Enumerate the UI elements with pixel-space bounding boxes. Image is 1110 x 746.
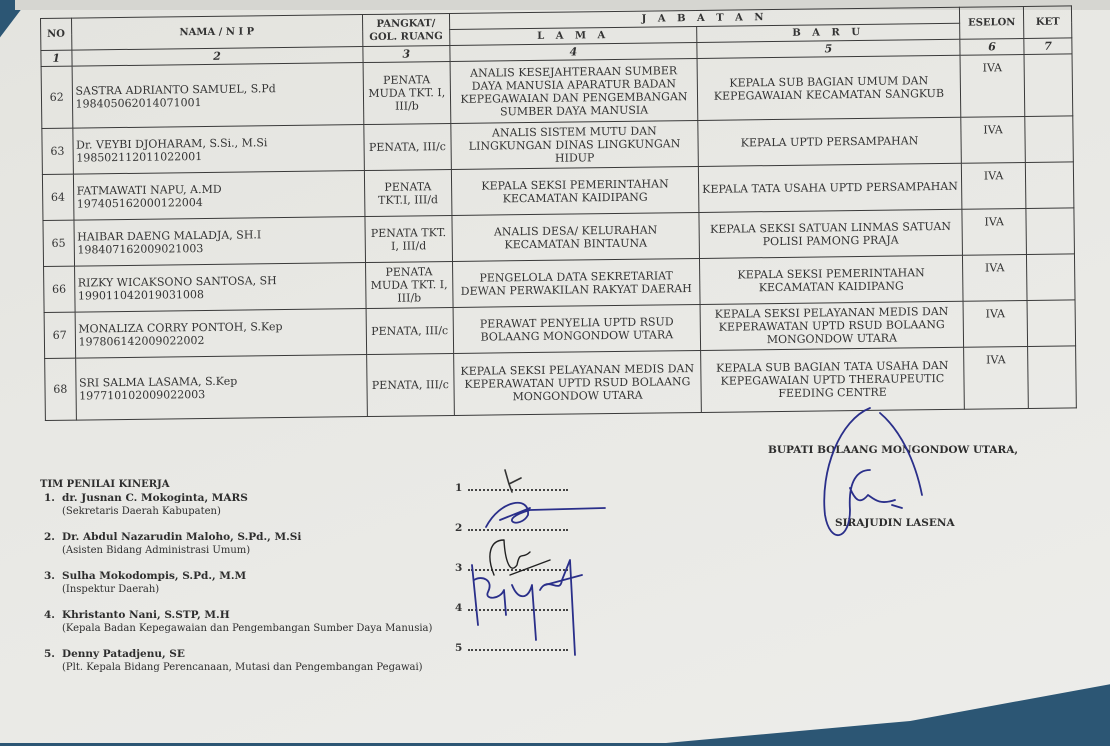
signature-line: 3: [455, 562, 568, 602]
employee-cell: MONALIZA CORRY PONTOH, S.Kep197806142009…: [75, 309, 367, 359]
header-ket: KET: [1024, 6, 1072, 39]
employee-nip: 198405062014071001: [76, 94, 360, 110]
team-member: 5.Denny Patadjenu, SE(Plt. Kepala Bidang…: [44, 648, 432, 674]
dotted-line: [468, 529, 568, 531]
new-position: KEPALA SUB BAGIAN TATA USAHA DAN KEPEGAW…: [700, 347, 964, 412]
signature-number: 4: [455, 602, 462, 614]
column-number: 3: [363, 45, 451, 62]
row-number: 62: [41, 66, 72, 128]
rank-grade: PENATA, III/c: [366, 307, 454, 354]
new-position: KEPALA UPTD PERSAMPAHAN: [698, 117, 962, 166]
column-number: 6: [960, 38, 1024, 55]
signature-line: 4: [455, 602, 568, 642]
signature-number: 1: [455, 482, 462, 494]
employee-cell: SRI SALMA LASAMA, S.Kep19771010200902200…: [75, 355, 367, 421]
member-name: Dr. Abdul Nazarudin Maloho, S.Pd., M.Si: [62, 531, 301, 543]
table-row: 68SRI SALMA LASAMA, S.Kep197710102009022…: [45, 346, 1077, 421]
row-number: 68: [45, 358, 76, 420]
echelon: IVA: [962, 254, 1027, 301]
row-number: 64: [42, 174, 73, 220]
employee-nip: 198502112011022001: [76, 148, 360, 164]
member-role: (Kepala Badan Kepegawaian dan Pengembang…: [62, 622, 432, 635]
echelon: IVA: [961, 162, 1026, 209]
new-position: KEPALA SUB BAGIAN UMUM DAN KEPEGAWAIAN K…: [697, 55, 961, 120]
transfer-table: NO NAMA / N I P PANGKAT/ GOL. RUANG J A …: [40, 5, 1077, 421]
signature-line: 1: [455, 482, 568, 522]
team-member: 3.Sulha Mokodompis, S.Pd., M.M(Inspektur…: [44, 570, 432, 596]
column-number: 7: [1024, 38, 1072, 55]
row-number: 67: [44, 312, 75, 358]
echelon: IVA: [961, 116, 1026, 163]
echelon: IVA: [964, 346, 1029, 409]
row-number: 66: [44, 266, 75, 312]
member-role: (Plt. Kepala Bidang Perencanaan, Mutasi …: [62, 661, 432, 674]
employee-cell: RIZKY WICAKSONO SANTOSA, SH1990110420190…: [74, 263, 366, 313]
rank-grade: PENATA TKT. I, III/d: [365, 215, 453, 262]
new-position: KEPALA SEKSI PEMERINTAHAN KECAMATAN KAID…: [699, 255, 963, 304]
signature-line: 5: [455, 642, 568, 682]
remarks: [1028, 346, 1077, 409]
team-signature-lines: 12345: [455, 482, 568, 682]
member-role: (Sekretaris Daerah Kabupaten): [62, 505, 432, 518]
dotted-line: [468, 649, 568, 651]
old-position: ANALIS SISTEM MUTU DAN LINGKUNGAN DINAS …: [451, 120, 698, 169]
member-number: 4.: [44, 609, 62, 622]
old-position: KEPALA SEKSI PEMERINTAHAN KECAMATAN KAID…: [451, 166, 698, 215]
header-nama-nip: NAMA / N I P: [71, 15, 362, 51]
header-eselon: ESELON: [959, 6, 1024, 39]
employee-nip: 198407162009021003: [77, 240, 361, 256]
echelon: IVA: [962, 208, 1027, 255]
member-role: (Inspektur Daerah): [62, 583, 432, 596]
assessment-team: TIM PENILAI KINERJA 1.dr. Jusnan C. Moko…: [40, 478, 432, 674]
remarks: [1026, 162, 1074, 209]
team-member: 1.dr. Jusnan C. Mokoginta, MARS(Sekretar…: [44, 492, 432, 518]
rank-grade: PENATA TKT.I, III/d: [364, 169, 452, 216]
remarks: [1027, 254, 1075, 301]
member-name: Sulha Mokodompis, S.Pd., M.M: [62, 570, 246, 582]
rank-grade: PENATA, III/c: [366, 353, 454, 416]
column-number: 1: [41, 50, 72, 66]
rank-grade: PENATA, III/c: [363, 123, 451, 170]
dotted-line: [468, 489, 568, 491]
remarks: [1024, 54, 1073, 117]
employee-cell: Dr. VEYBI DJOHARAM, S.Si., M.Si198502112…: [72, 125, 364, 175]
old-position: KEPALA SEKSI PELAYANAN MEDIS DAN KEPERAW…: [454, 350, 702, 415]
team-member: 2.Dr. Abdul Nazarudin Maloho, S.Pd., M.S…: [44, 531, 432, 557]
old-position: ANALIS KESEJAHTERAAN SUMBER DAYA MANUSIA…: [450, 58, 698, 123]
old-position: PERAWAT PENYELIA UPTD RSUD BOLAANG MONGO…: [453, 304, 700, 353]
team-title: TIM PENILAI KINERJA: [40, 478, 432, 491]
signatory-name: SIRAJUDIN LASENA: [835, 517, 955, 529]
signature-number: 5: [455, 642, 462, 654]
signature-line: 2: [455, 522, 568, 562]
member-number: 5.: [44, 648, 62, 661]
team-member: 4.Khristanto Nani, S.STP, M.H(Kepala Bad…: [44, 609, 432, 635]
echelon: IVA: [963, 300, 1028, 347]
old-position: PENGELOLA DATA SEKRETARIAT DEWAN PERWAKI…: [453, 258, 700, 307]
dotted-line: [468, 569, 568, 571]
echelon: IVA: [960, 54, 1025, 117]
old-position: ANALIS DESA/ KELURAHAN KECAMATAN BINTAUN…: [452, 212, 699, 261]
remarks: [1025, 116, 1073, 163]
member-name: dr. Jusnan C. Mokoginta, MARS: [62, 492, 248, 504]
member-number: 2.: [44, 531, 62, 544]
new-position: KEPALA TATA USAHA UPTD PERSAMPAHAN: [698, 163, 962, 212]
signatory-title: BUPATI BOLAANG MONGONDOW UTARA,: [768, 444, 1018, 456]
member-number: 1.: [44, 492, 62, 505]
employee-nip: 197405162000122004: [77, 194, 361, 210]
employee-cell: HAIBAR DAENG MALADJA, SH.I19840716200902…: [74, 217, 366, 267]
member-number: 3.: [44, 570, 62, 583]
employee-nip: 197806142009022002: [78, 332, 362, 348]
row-number: 65: [43, 220, 74, 266]
row-number: 63: [42, 128, 73, 174]
member-role: (Asisten Bidang Administrasi Umum): [62, 544, 432, 557]
rank-grade: PENATA MUDA TKT. I, III/b: [363, 61, 451, 124]
new-position: KEPALA SEKSI SATUAN LINMAS SATUAN POLISI…: [699, 209, 963, 258]
rank-grade: PENATA MUDA TKT. I, III/b: [365, 261, 453, 308]
employee-cell: FATMAWATI NAPU, A.MD197405162000122004: [73, 171, 365, 221]
header-no: NO: [41, 18, 72, 50]
remarks: [1026, 208, 1074, 255]
member-name: Khristanto Nani, S.STP, M.H: [62, 609, 230, 621]
new-position: KEPALA SEKSI PELAYANAN MEDIS DAN KEPERAW…: [700, 301, 964, 350]
employee-nip: 197710102009022003: [79, 386, 363, 402]
signature-number: 3: [455, 562, 462, 574]
remarks: [1027, 300, 1075, 347]
employee-nip: 199011042019031008: [78, 286, 362, 302]
member-name: Denny Patadjenu, SE: [62, 648, 185, 660]
signature-number: 2: [455, 522, 462, 534]
header-pangkat: PANGKAT/ GOL. RUANG: [362, 13, 450, 46]
employee-cell: SASTRA ADRIANTO SAMUEL, S.Pd198405062014…: [72, 63, 364, 129]
dotted-line: [468, 609, 568, 611]
